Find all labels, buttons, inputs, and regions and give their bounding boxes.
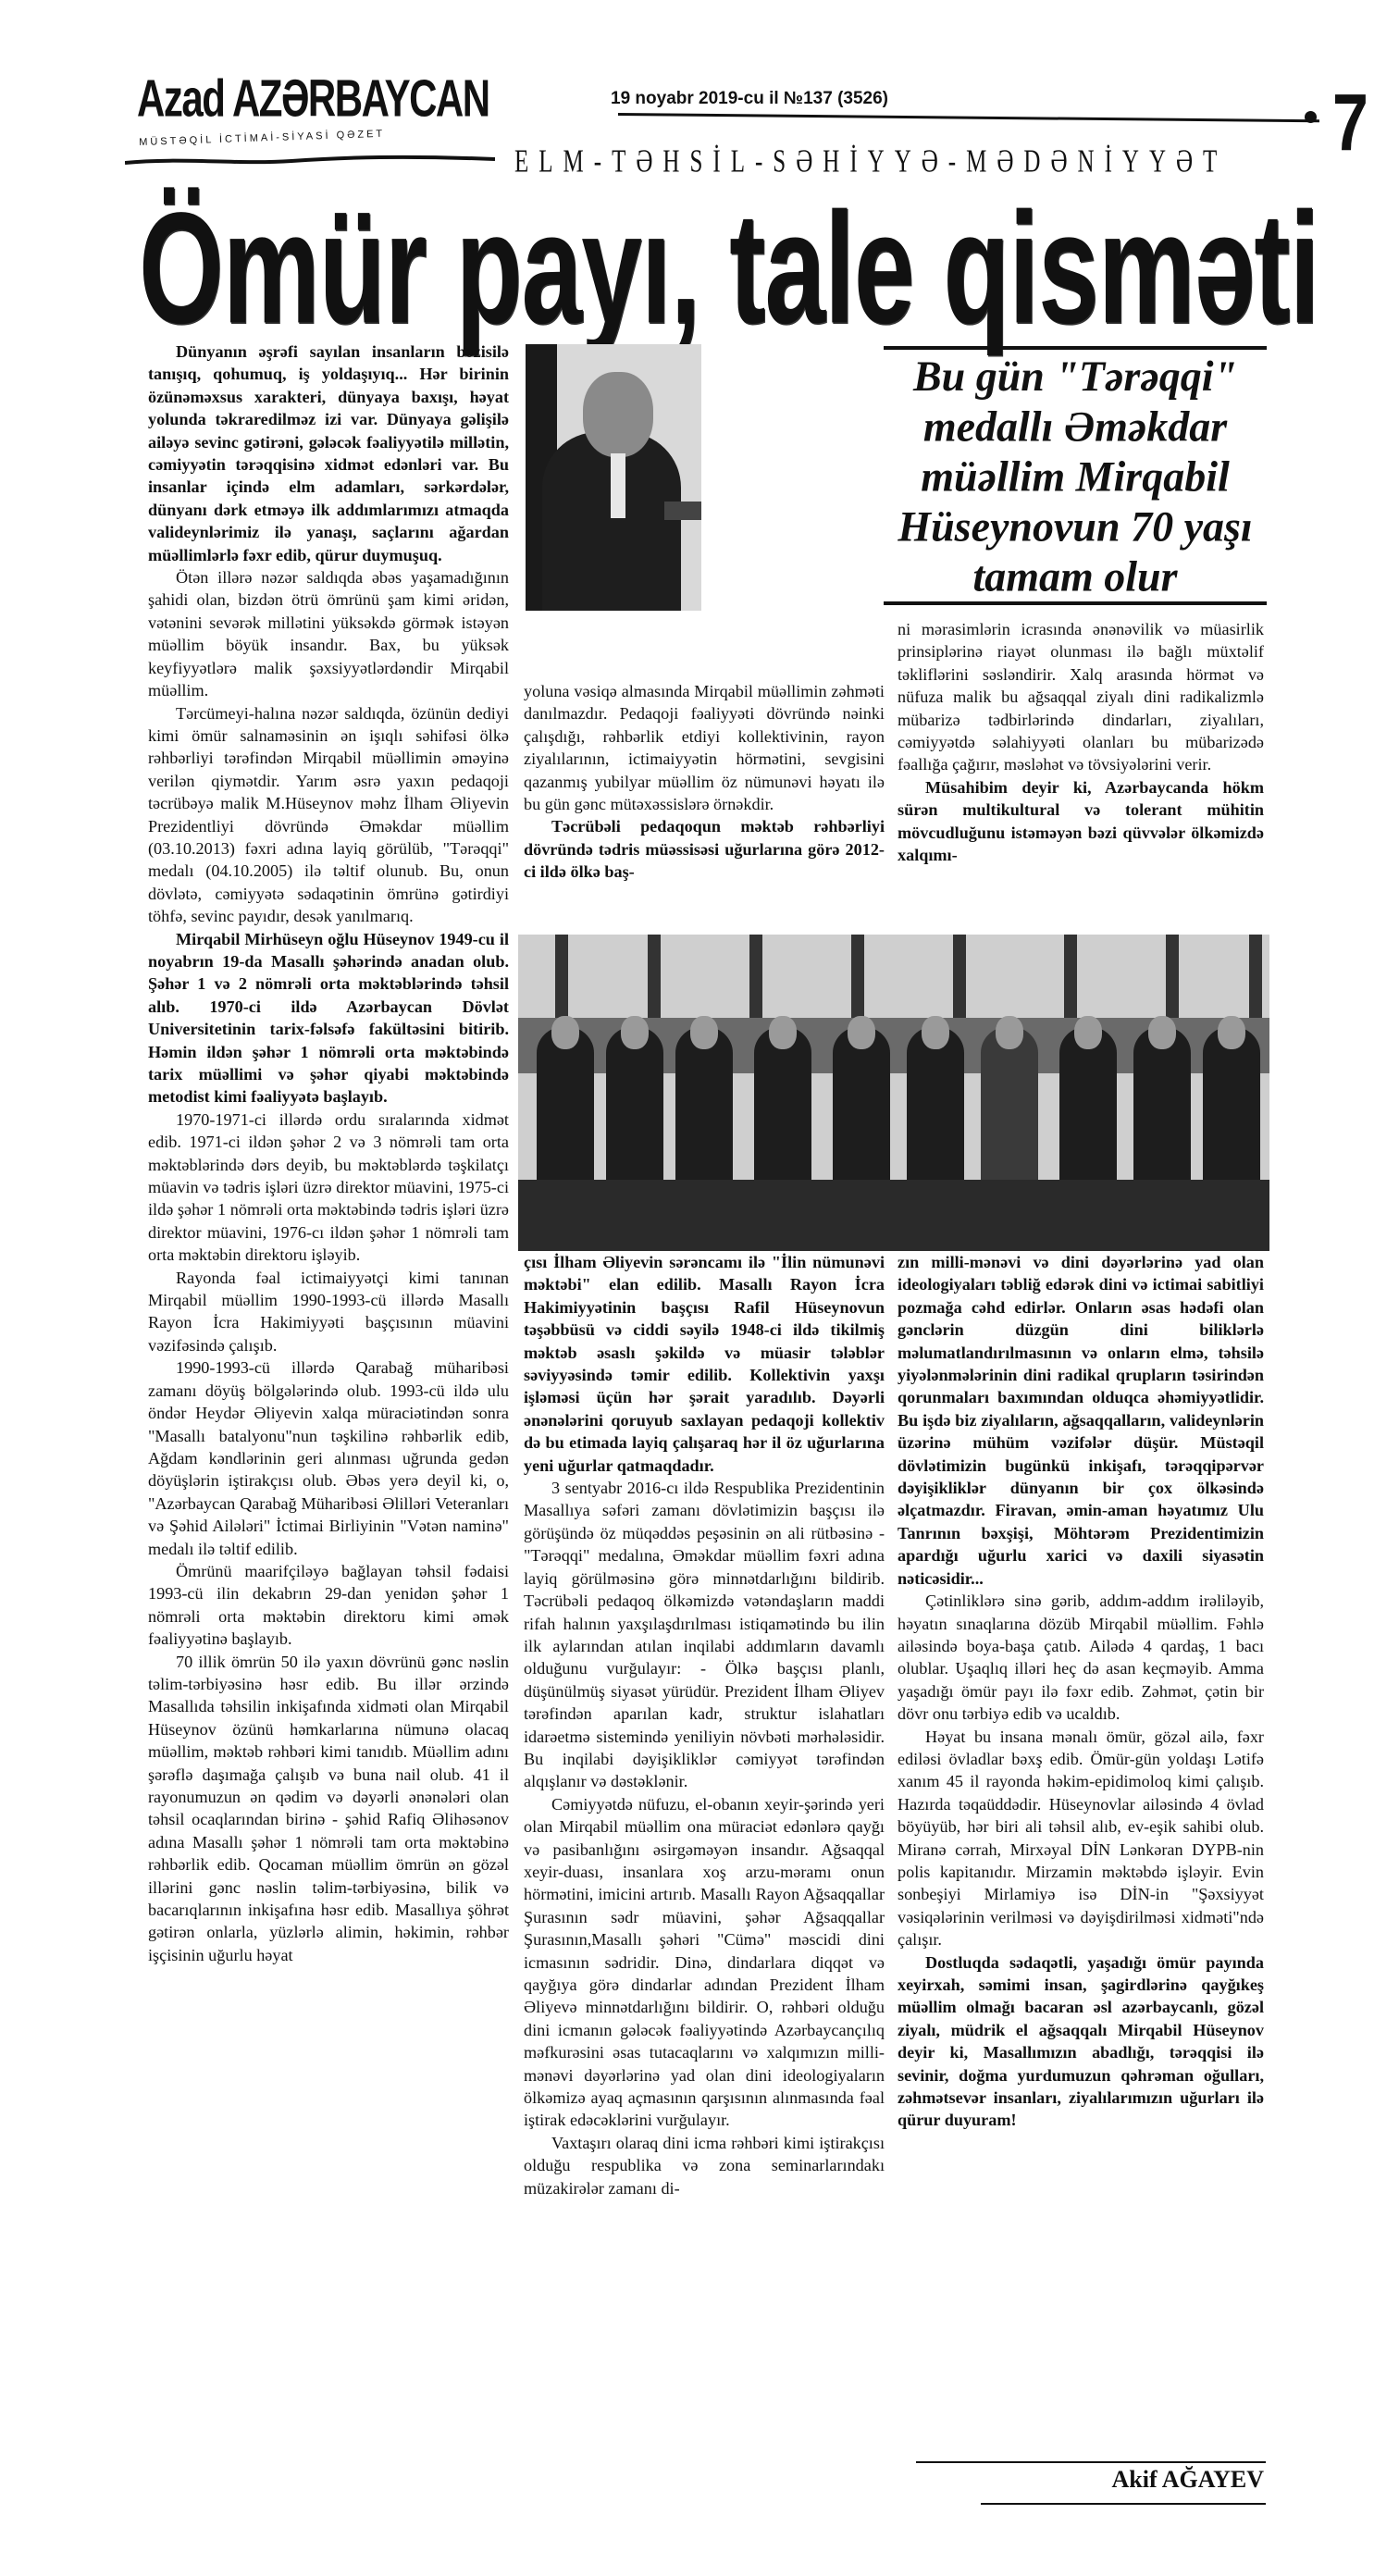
- photo-pillar: [749, 935, 762, 1027]
- subheadline-top-rule: [884, 346, 1267, 350]
- paragraph: Rayonda fəal ictimaiyyətçi kimi tanınan …: [148, 1267, 509, 1357]
- photo-person: [981, 1027, 1038, 1194]
- masthead-rule: [618, 113, 1319, 122]
- article-column-2-bottom: çısı İlham Əliyevin sərəncamı ilə "İlin …: [524, 1251, 885, 2199]
- paragraph: Mirqabil Mirhüseyn oğlu Hüseynov 1949-cu…: [148, 928, 509, 1108]
- paragraph: 70 illik ömrün 50 ilə yaxın dövrünü gənc…: [148, 1651, 509, 1967]
- photo-pillar: [953, 935, 966, 1027]
- article-byline: Akif AĞAYEV: [1018, 2466, 1264, 2494]
- paragraph: Ömrünü maarifçiləyə bağlayan təhsil fəda…: [148, 1560, 509, 1651]
- paragraph: zın milli-mənəvi və dini dəyərlərinə yad…: [898, 1251, 1264, 1590]
- section-title: ELM-TƏHSİL-SƏHİYYƏ-MƏDƏNİYYƏT: [514, 144, 1227, 180]
- photo-person: [1133, 1027, 1191, 1194]
- byline-top-rule: [916, 2461, 1266, 2463]
- photo-lectern: [664, 502, 701, 520]
- photo-face: [922, 1016, 949, 1049]
- article-column-2-top: yoluna vəsiqə almasında Mirqabil müəllim…: [524, 680, 885, 884]
- paragraph: çısı İlham Əliyevin sərəncamı ilə "İlin …: [524, 1251, 885, 1477]
- speaker-photo: [526, 344, 701, 611]
- brand-underline-wave: [125, 154, 495, 167]
- photo-person: [907, 1027, 964, 1194]
- page-number-dot: [1305, 111, 1317, 123]
- paragraph: Ötən illərə nəzər saldıqda əbəs yaşamadı…: [148, 566, 509, 701]
- photo-person: [537, 1027, 594, 1194]
- article-headline: Ömür payı, tale qisməti: [139, 190, 1319, 348]
- subheadline-bottom-rule: [884, 601, 1267, 605]
- paragraph: Dünyanın əşrəfi sayılan insanların bəzis…: [148, 341, 509, 566]
- photo-person: [606, 1027, 663, 1194]
- photo-pillar: [851, 935, 864, 1027]
- paragraph: Dostluqda sədaqətli, yaşadığı ömür payın…: [898, 1951, 1264, 2132]
- photo-person: [1059, 1027, 1117, 1194]
- photo-pillar: [648, 935, 661, 1027]
- photo-face: [1218, 1016, 1245, 1049]
- photo-figure-head: [583, 372, 653, 457]
- photo-figure-shirt: [611, 453, 625, 518]
- article-column-3-top: ni mərasimlərin icrasında ənənəvilik və …: [898, 618, 1264, 866]
- byline-bottom-rule: [981, 2503, 1266, 2505]
- photo-face: [551, 1016, 579, 1049]
- issue-date-number: 19 noyabr 2019-cu il №137 (3526): [611, 89, 888, 109]
- photo-pillar: [1249, 935, 1262, 1027]
- paragraph: Təcrübəli pedaqoqun məktəb rəhbərliyi dö…: [524, 815, 885, 883]
- paragraph: Tərcümeyi-halına nəzər saldıqda, özünün …: [148, 702, 509, 928]
- paragraph: ni mərasimlərin icrasında ənənəvilik və …: [898, 618, 1264, 776]
- article-column-3-bottom: zın milli-mənəvi və dini dəyərlərinə yad…: [898, 1251, 1264, 2132]
- paragraph: Həyat bu insana mənalı ömür, gözəl ailə,…: [898, 1726, 1264, 1951]
- photo-pillar: [555, 935, 568, 1027]
- newspaper-brand: Azad AZƏRBAYCAN: [137, 72, 489, 125]
- paragraph: 1970-1971-ci illərdə ordu sıralarında xi…: [148, 1108, 509, 1267]
- paragraph: Vaxtaşırı olaraq dini icma rəhbəri kimi …: [524, 2132, 885, 2199]
- page-number: 7: [1332, 81, 1368, 163]
- photo-face: [1148, 1016, 1176, 1049]
- photo-pillar: [1166, 935, 1179, 1027]
- photo-face: [769, 1016, 797, 1049]
- article-subheadline: Bu gün "Tərəqqi" medallı Əməkdar müəllim…: [884, 351, 1267, 601]
- photo-person: [1203, 1027, 1260, 1194]
- photo-face: [848, 1016, 875, 1049]
- photo-face: [1074, 1016, 1102, 1049]
- photo-person: [754, 1027, 811, 1194]
- photo-floor: [518, 1180, 1269, 1251]
- paragraph: 3 sentyabr 2016-cı ildə Respublika Prezi…: [524, 1477, 885, 1793]
- photo-pillar: [1064, 935, 1077, 1027]
- photo-person: [833, 1027, 890, 1194]
- paragraph: yoluna vəsiqə almasında Mirqabil müəllim…: [524, 680, 885, 815]
- paragraph: 1990-1993-cü illərdə Qarabağ müharibəsi …: [148, 1356, 509, 1560]
- paragraph: Cəmiyyətdə nüfuzu, el-obanın xeyir-şərin…: [524, 1793, 885, 2132]
- article-column-1: Dünyanın əşrəfi sayılan insanların bəzis…: [148, 341, 509, 1966]
- photo-face: [996, 1016, 1023, 1049]
- photo-face: [621, 1016, 649, 1049]
- audience-photo: [518, 935, 1269, 1251]
- photo-person: [675, 1027, 733, 1194]
- paragraph: Çətinliklərə sinə gərib, addım-addım irə…: [898, 1590, 1264, 1725]
- photo-face: [690, 1016, 718, 1049]
- paragraph: Müsahibim deyir ki, Azərbaycanda hökm sü…: [898, 776, 1264, 867]
- newspaper-tagline: MÜSTƏQİL İCTİMAİ-SİYASİ QƏZET: [139, 129, 385, 148]
